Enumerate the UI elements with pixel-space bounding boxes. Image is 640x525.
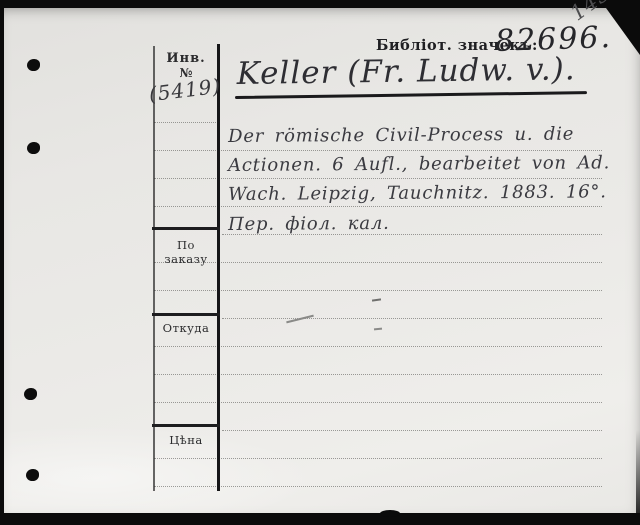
ruled-line (154, 178, 602, 179)
field-label-po-zakazu: По заказу (154, 238, 218, 266)
entry-line: Пер. фіол. кал. (228, 213, 390, 235)
inventory-label: Инв. (153, 51, 219, 66)
field-label-cena: Цѣна (154, 433, 218, 447)
ruled-line (154, 206, 602, 207)
ruled-line (222, 430, 602, 431)
punch-hole (27, 59, 40, 71)
scan-edge-left (0, 0, 4, 525)
punch-hole (26, 469, 39, 481)
scan-edge-bottom (0, 513, 640, 525)
entry-line: Actionen. 6 Aufl., bearbeitet von Ad. (228, 152, 610, 176)
column-separator-line (152, 424, 220, 427)
scan-edge-bump (380, 510, 400, 517)
author-heading-handwritten: Keller (Fr. Ludw. v.). (236, 51, 575, 92)
scan-edge-right (636, 430, 640, 513)
punch-hole (24, 388, 37, 400)
ruled-line (154, 346, 602, 347)
ruled-line (222, 318, 602, 319)
entry-line: Wach. Leipzig, Tauchnitz. 1883. 16°. (228, 181, 607, 205)
ruled-line (154, 122, 218, 123)
ruled-line (154, 458, 602, 459)
punch-hole (27, 142, 40, 154)
scan-edge-top (0, 0, 640, 8)
column-separator-line (152, 227, 220, 230)
ruled-line (154, 150, 602, 151)
entry-line: Der römische Civil-Process u. die (228, 124, 574, 147)
field-label-otkuda: Откуда (154, 321, 218, 335)
ruled-line (154, 486, 602, 487)
ruled-line (154, 374, 602, 375)
ruled-line (154, 262, 602, 263)
ruled-line (154, 290, 602, 291)
column-separator-line (152, 313, 220, 316)
scanned-catalog-card: Инв. № (5419) По заказу Откуда Цѣна Библ… (0, 0, 640, 525)
ruled-line (154, 402, 602, 403)
